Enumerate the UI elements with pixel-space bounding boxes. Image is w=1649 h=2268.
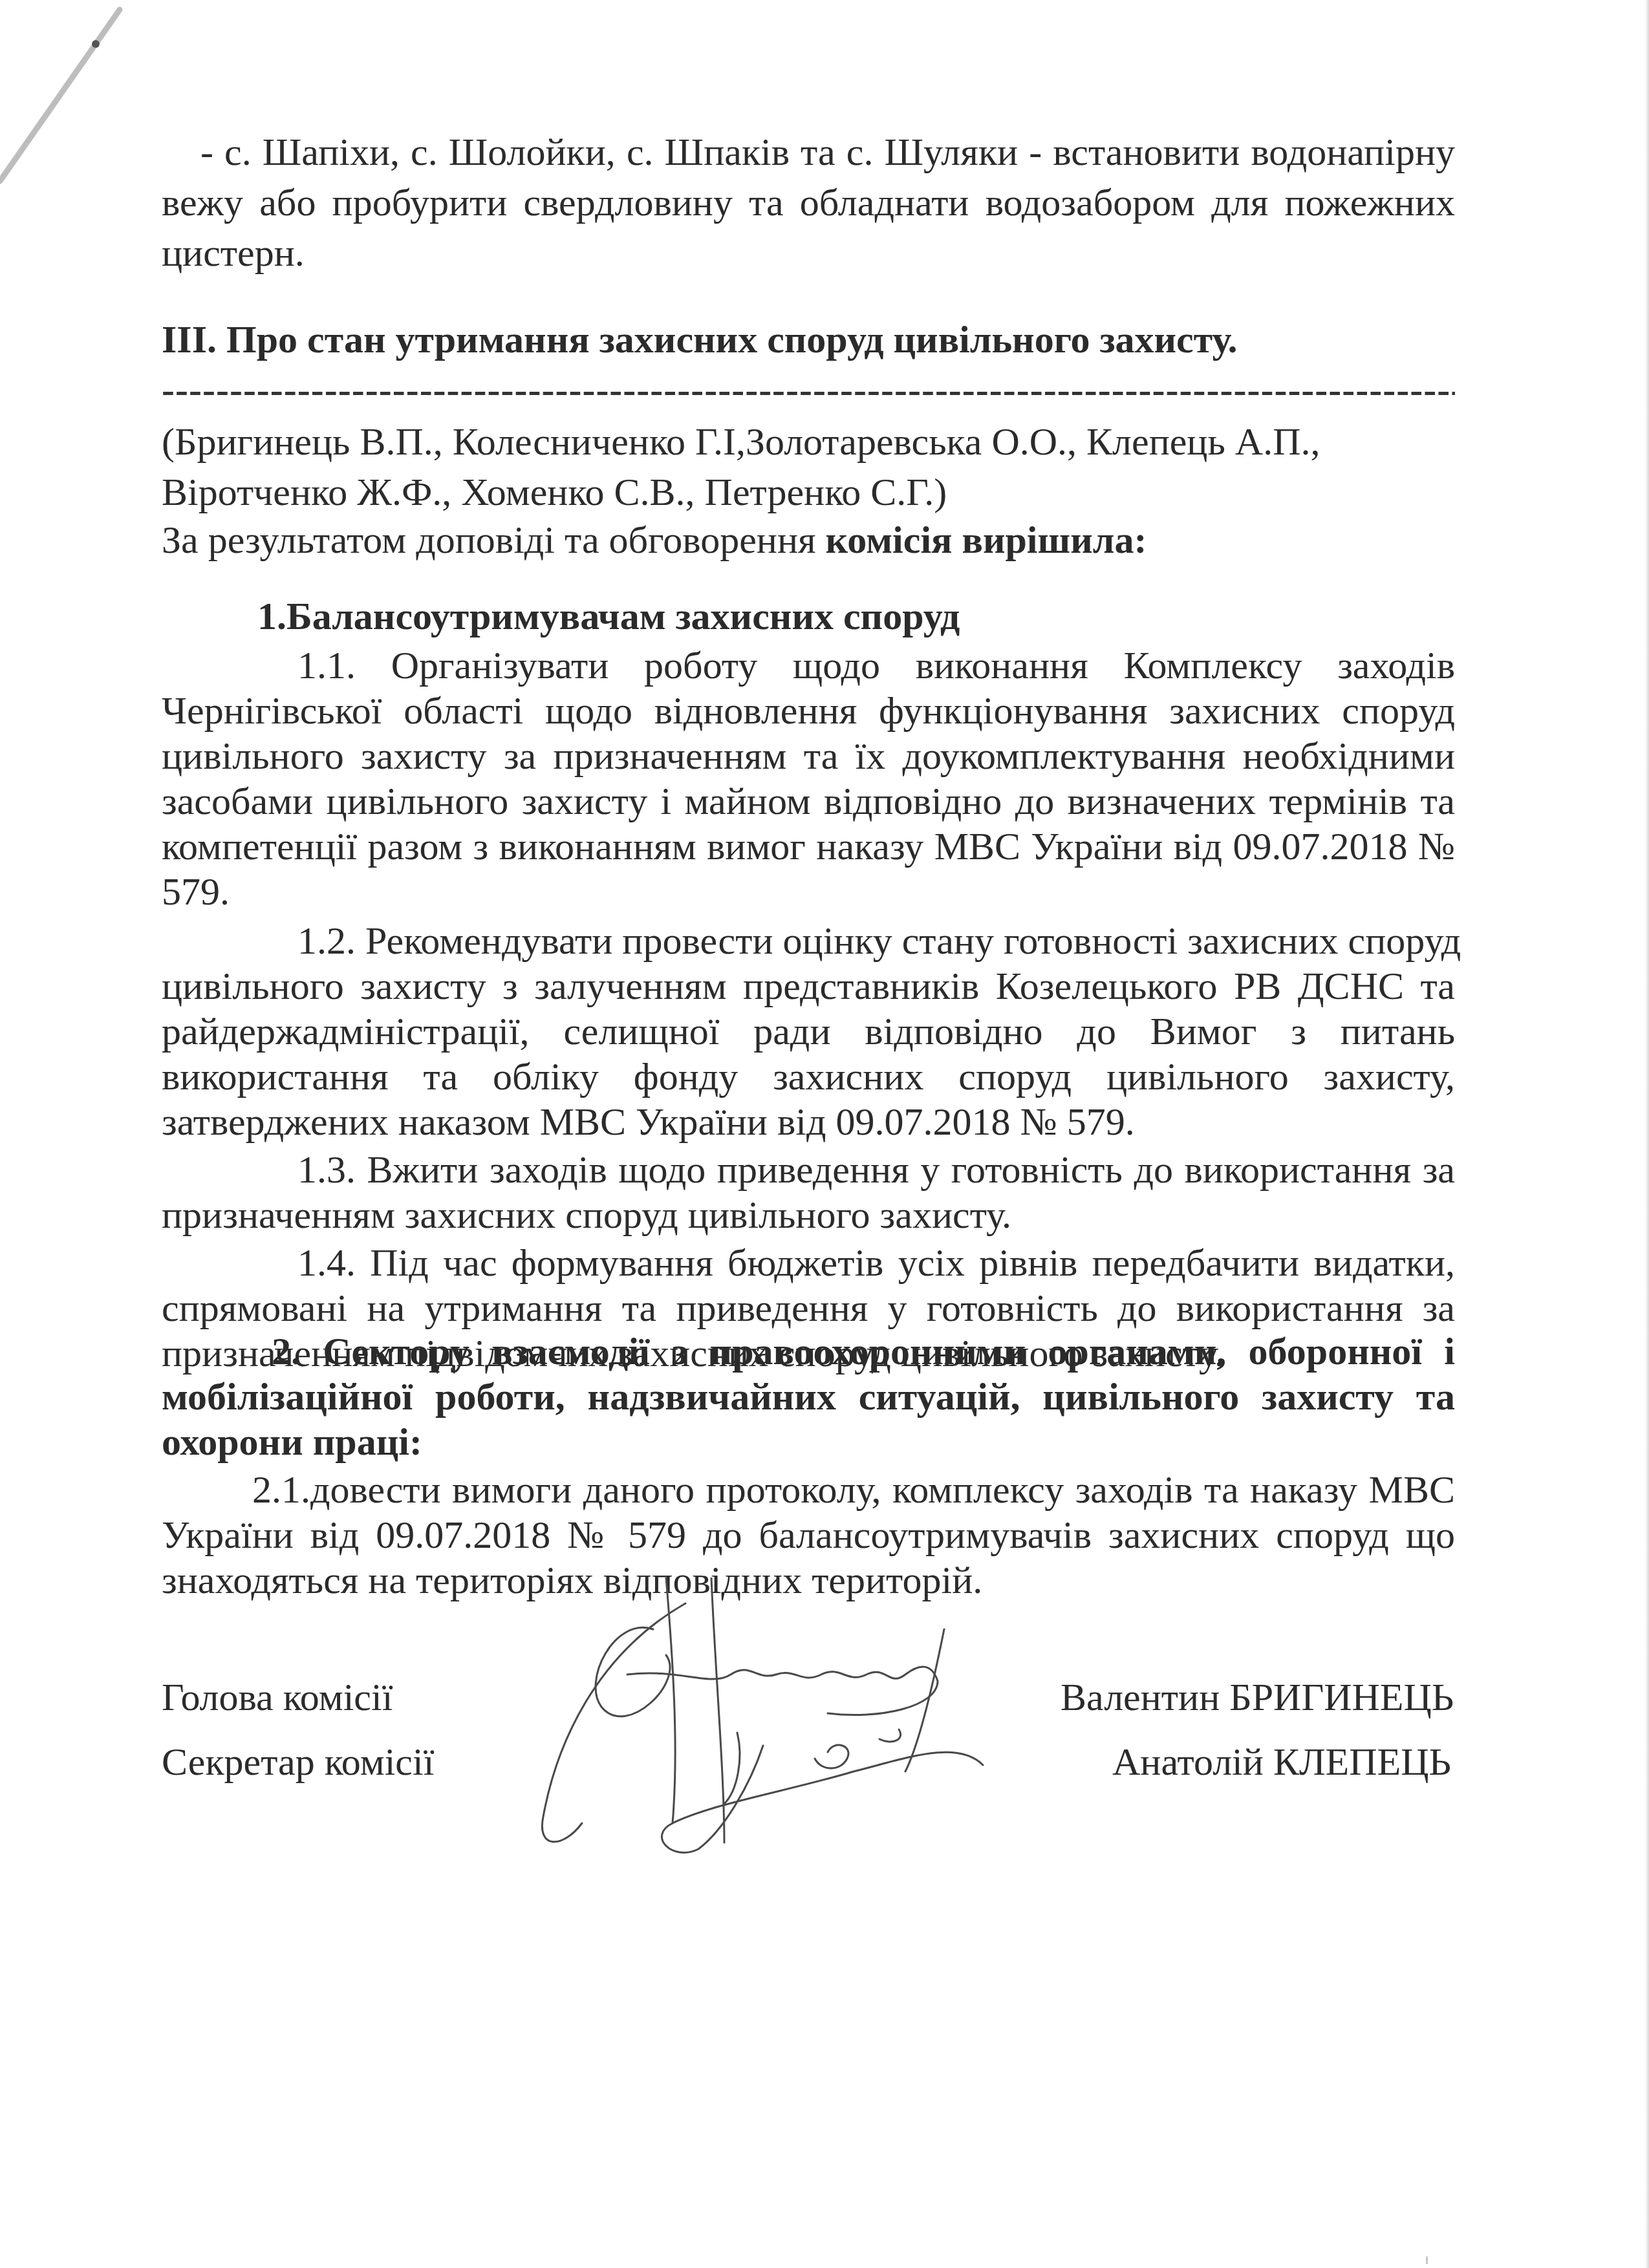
subitem-1-2-line: використання та обліку фонду захисних сп… (162, 1054, 1455, 1099)
participants-line-1: (Бригинець В.П., Колесниченко Г.І,Золота… (162, 419, 1455, 464)
subitem-1-3-line: призначенням захисних споруд цивільного … (162, 1192, 1455, 1237)
item1: 1.Балансоутримувачам захисних споруд 1.1… (162, 594, 1455, 1376)
intro-line-1: - с. Шапіхи, с. Шолойки, с. Шпаків та с.… (162, 129, 1455, 175)
subitem-1-1-line: компетенції разом з виконанням вимог нак… (162, 824, 1455, 869)
intro-line-2: вежу або пробурити свердловину та обладн… (162, 180, 1455, 225)
subitem-1-2-line: затверджених наказом МВС України від 09.… (162, 1099, 1455, 1144)
subitem-2-1-line: 2.1.довести вимоги даного протоколу, ком… (162, 1467, 1455, 1512)
scan-speck (1426, 2256, 1428, 2264)
item1-heading: 1.Балансоутримувачам захисних споруд (162, 594, 1455, 639)
participants-line-2: Віротченко Ж.Ф., Хоменко С.В., Петренко … (162, 469, 1455, 515)
item2: 2. Сектору взаємодії з правоохоронними о… (162, 1329, 1455, 1603)
secretary-title: Секретар комісії (162, 1739, 434, 1784)
item2-heading-line: охорони праці: (162, 1419, 1455, 1464)
section3-separator: ----------------------------------------… (162, 370, 1455, 409)
subitem-1-1-line: засобами цивільного захисту і майном від… (162, 778, 1455, 824)
secretary-name: Анатолій КЛЕПЕЦЬ (1112, 1739, 1451, 1784)
intro-item: - с. Шапіхи, с. Шолойки, с. Шпаків та с.… (162, 129, 1455, 275)
subitem-1-1-line: цивільного захисту за призначенням та їх… (162, 733, 1455, 778)
decision-intro-text: За результатом доповіді та обговорення (162, 519, 826, 561)
subitem-1-1-line: 579. (162, 869, 1455, 914)
document-page: - с. Шапіхи, с. Шолойки, с. Шпаків та с.… (0, 0, 1649, 2268)
subitem-1-2-line: райдержадміністрації, селищної ради відп… (162, 1009, 1455, 1054)
chair-title: Голова комісії (162, 1674, 393, 1720)
decision-intro: За результатом доповіді та обговорення к… (162, 517, 1455, 562)
decision-intro-line: За результатом доповіді та обговорення к… (162, 517, 1455, 562)
item2-heading-line: 2. Сектору взаємодії з правоохоронними о… (162, 1329, 1455, 1374)
item2-heading-line: мобілізаційної роботи, надзвичайних ситу… (162, 1374, 1455, 1419)
section3-heading: ІІІ. Про стан утримання захисних споруд … (162, 317, 1455, 362)
intro-line-3: цистерн. (162, 230, 1455, 275)
subitem-1-1-line: 1.1. Організувати роботу щодо виконання … (162, 643, 1455, 688)
subitem-1-2-line: 1.2. Рекомендувати провести оцінку стану… (162, 918, 1455, 963)
subitem-1-3: 1.3. Вжити заходів щодо приведення у гот… (162, 1147, 1455, 1237)
section3-header: ІІІ. Про стан утримання захисних споруд … (162, 317, 1455, 515)
handwritten-signature-icon (517, 1578, 1048, 1862)
subitem-1-1-line: Чернігівської області щодо відновлення ф… (162, 688, 1455, 733)
subitem-1-3-line: 1.3. Вжити заходів щодо приведення у гот… (162, 1147, 1455, 1192)
subitem-1-4-line: спрямовані на утримання та приведення у … (162, 1285, 1455, 1331)
subitem-1-2-line: цивільного захисту з залученням представ… (162, 963, 1455, 1009)
chair-name: Валентин БРИГИНЕЦЬ (1061, 1674, 1454, 1720)
subitem-1-4-line: 1.4. Під час формування бюджетів усіх рі… (162, 1240, 1455, 1285)
scan-edge-shadow (1645, 0, 1649, 2268)
decision-intro-bold: комісія вирішила: (826, 519, 1147, 561)
subitem-1-1: 1.1. Організувати роботу щодо виконання … (162, 643, 1455, 914)
subitem-2-1-line: України від 09.07.2018 № 579 до балансоу… (162, 1512, 1455, 1557)
subitem-1-2: 1.2. Рекомендувати провести оцінку стану… (162, 918, 1455, 1144)
